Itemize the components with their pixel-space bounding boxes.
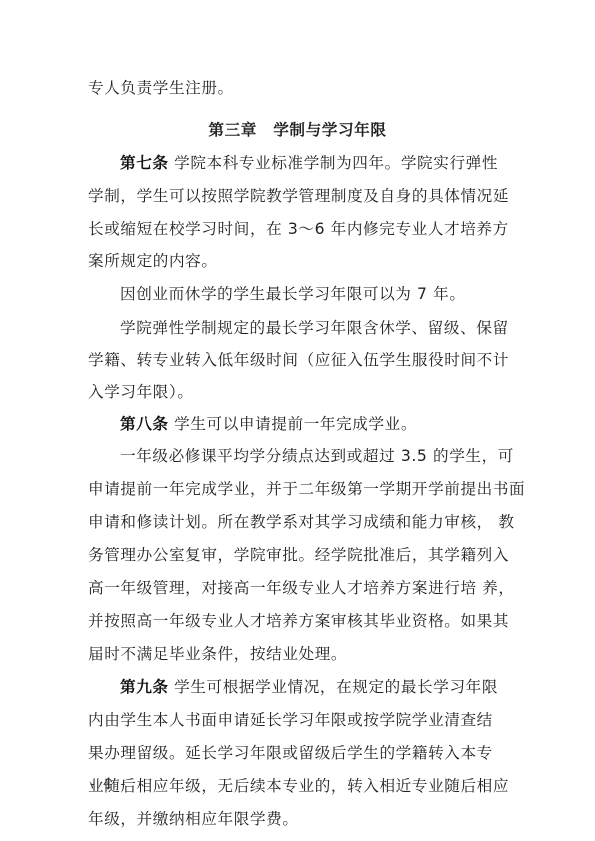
- text-line-registration: 专人负责学生注册。: [88, 78, 512, 98]
- article-7-text: 学院本科专业标准学制为四年。学院实行弹性: [169, 154, 498, 172]
- article-9-paragraph-line: 业随后相应年级，无后续本专业的，转入相近专业随后相应: [88, 776, 512, 796]
- early-paragraph-line: 高一年级管理，对接高一年级专业人才培养方案进行培 养，: [88, 578, 512, 598]
- flex-paragraph-line: 入学习年限）。: [88, 382, 512, 402]
- text-line: 学制，学生可以按照学院教学管理制度及自身的具体情况延: [88, 186, 512, 206]
- article-8-label: 第八条: [120, 415, 169, 433]
- article-7-label: 第七条: [120, 154, 169, 172]
- startup-paragraph: 因创业而休学的学生最长学习年限可以为 7 年。: [120, 284, 512, 304]
- article-7-line: 第七条 学院本科专业标准学制为四年。学院实行弹性: [120, 153, 512, 173]
- early-paragraph-line: 一年级必修课平均学分绩点达到或超过 3.5 的学生，可: [120, 446, 512, 466]
- early-paragraph-line: 申请和修读计划。所在教学系对其学习成绩和能力审核， 教: [88, 512, 512, 532]
- article-9-paragraph-line: 果办理留级。延长学习年限或留级后学生的学籍转入本专: [88, 743, 512, 763]
- chapter-heading: 第三章 学制与学习年限: [0, 120, 595, 140]
- article-9-label: 第九条: [120, 678, 169, 696]
- article-9-paragraph-line: 内由学生本人书面申请延长学习年限或按学院学业清查结: [88, 710, 512, 730]
- page-number: - 4 -: [90, 776, 127, 792]
- text-line: 案所规定的内容。: [88, 251, 512, 271]
- early-paragraph-line: 申请提前一年完成学业，并于二年级第一学期开学前提出书面: [88, 479, 512, 499]
- article-9-text: 学生可根据学业情况，在规定的最长学习年限: [169, 678, 498, 696]
- flex-paragraph-line: 学籍、转专业转入低年级时间（应征入伍学生服役时间不计: [88, 350, 512, 370]
- article-8-line: 第八条 学生可以申请提前一年完成学业。: [120, 414, 512, 434]
- document-page: 专人负责学生注册。 第三章 学制与学习年限 第七条 学院本科专业标准学制为四年。…: [0, 0, 595, 841]
- early-paragraph-line: 届时不满足毕业条件，按结业处理。: [88, 644, 512, 664]
- early-paragraph-line: 并按照高一年级专业人才培养方案审核其毕业资格。如果其: [88, 611, 512, 631]
- article-9-paragraph-line: 年级，并缴纳相应年限学费。: [88, 809, 512, 829]
- text-line: 长或缩短在校学习时间，在 3～6 年内修完专业人才培养方: [88, 219, 512, 239]
- flex-paragraph-line: 学院弹性学制规定的最长学习年限含休学、留级、保留: [120, 318, 512, 338]
- article-8-text: 学生可以申请提前一年完成学业。: [169, 415, 417, 433]
- early-paragraph-line: 务管理办公室复审，学院审批。经学院批准后，其学籍列入: [88, 545, 512, 565]
- article-9-line: 第九条 学生可根据学业情况，在规定的最长学习年限: [120, 677, 512, 697]
